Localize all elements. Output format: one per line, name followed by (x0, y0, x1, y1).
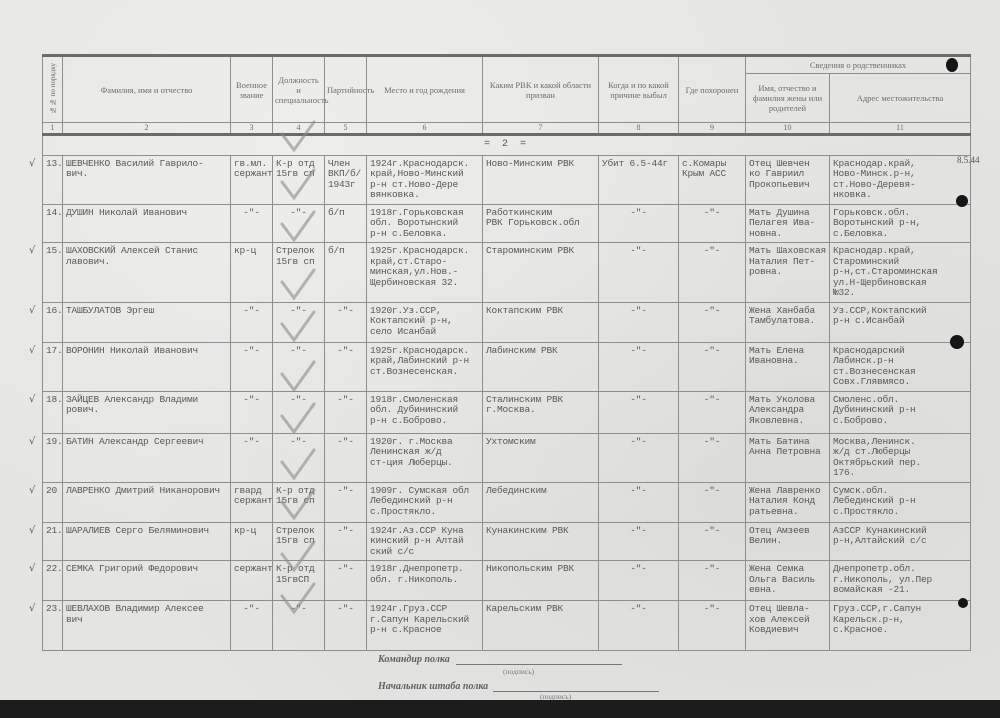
cell-birth: 1924г.Краснодарск. край,Ново-Минский р-н… (367, 155, 483, 204)
cell-birth: 1920г. г.Москва Ленинская ж/д ст-ция Люб… (367, 433, 483, 482)
cell-rank: гв.мл. сержант (231, 155, 273, 204)
cell-rvk: Сталинским РВК г.Москва. (483, 391, 599, 433)
row-number-text: 17. (46, 345, 63, 356)
cell-position: -"- (273, 302, 325, 342)
table-row: √20ЛАВРЕНКО Дмитрий Никаноровичгвард сер… (43, 482, 971, 522)
cell-buried: -"- (679, 342, 746, 391)
cell-party: -"- (325, 302, 367, 342)
commander-signature-line[interactable] (456, 664, 622, 665)
cell-name: ШЕВЧЕНКО Василий Гаврило- вич. (63, 155, 231, 204)
cell-address: Груз.ССР,г.Сапун Карельск.р-н, с.Красное… (830, 601, 971, 651)
cell-address: Смоленс.обл. Дубининский р-н с.Боброво. (830, 391, 971, 433)
cell-birth: 1918г.Смоленская обл. Дубининский р-н с.… (367, 391, 483, 433)
cell-rank: гвард сержант (231, 482, 273, 522)
cell-relative: Отец Шевчен ко Гавриил Прокопьевич (746, 155, 830, 204)
document-page: №№ по порядку Фамилия, имя и отчество Во… (0, 0, 1000, 700)
punch-hole (956, 195, 968, 207)
cell-when: -"- (599, 342, 679, 391)
cell-birth: 1924г.Груз.ССР г.Сапун Карельский р-н с.… (367, 601, 483, 651)
punch-hole (958, 598, 968, 608)
col-header-2: Фамилия, имя и отчество (63, 56, 231, 123)
cell-rank: -"- (231, 204, 273, 243)
cell-address: Днепропетр.обл. г.Никополь, ул.Пер вомай… (830, 561, 971, 601)
col-header-10: Имя, отчество и фамилия жены или родител… (746, 74, 830, 123)
col-header-1: №№ по порядку (43, 56, 63, 123)
cell-rvk: Лабинским РВК (483, 342, 599, 391)
cell-party: -"- (325, 522, 367, 561)
table-row: √16.ТАШБУЛАТОВ Эргеш-"--"--"-1920г.Уз.СС… (43, 302, 971, 342)
row-number: √15. (43, 243, 63, 303)
cell-buried: -"- (679, 522, 746, 561)
cell-rvk: Лебединским (483, 482, 599, 522)
cell-rvk: Карельским РВК (483, 601, 599, 651)
punch-hole (946, 58, 958, 72)
cell-rank: -"- (231, 433, 273, 482)
cell-position: Стрелок 15гв сп (273, 243, 325, 303)
cell-relative: Отец Амзеев Велин. (746, 522, 830, 561)
row-number: √13. (43, 155, 63, 204)
cell-position: Стрелок 15гв сп (273, 522, 325, 561)
cell-rank: кр-ц (231, 522, 273, 561)
cell-position: -"- (273, 204, 325, 243)
cell-relative: Мать Шаховская Наталия Пет- ровна. (746, 243, 830, 303)
cell-address: Горьковск.обл. Воротынский р-н, с.Беловк… (830, 204, 971, 243)
row-number: √22. (43, 561, 63, 601)
row-number-text: 18. (46, 394, 63, 405)
col-header-6: Место и год рождения (367, 56, 483, 123)
cell-birth: 1909г. Сумская обл Лебединский р-н с.Про… (367, 482, 483, 522)
cell-party: -"- (325, 433, 367, 482)
cell-address: Краснодарский Лабинск.р-н ст.Вознесенска… (830, 342, 971, 391)
checkmark-icon: √ (29, 437, 35, 448)
cell-when: Убит 6.5-44г (599, 155, 679, 204)
cell-party: б/п (325, 243, 367, 303)
col-header-11: Адрес местожительства (830, 74, 971, 123)
cell-relative: Мать Елена Ивановна. (746, 342, 830, 391)
col-num-2: 2 (63, 123, 231, 135)
cell-rank: -"- (231, 302, 273, 342)
cell-rank: -"- (231, 342, 273, 391)
table-row: √15.ШАХОВСКИЙ Алексей Станис лавович.кр-… (43, 243, 971, 303)
col-num-5: 5 (325, 123, 367, 135)
cell-birth: 1918г.Днепропетр. обл. г.Никополь. (367, 561, 483, 601)
checkmark-icon: √ (29, 526, 35, 537)
cell-buried: -"- (679, 391, 746, 433)
row-number-text: 23. (46, 603, 63, 614)
cell-relative: Жена Лавренко Наталия Конд ратьевна. (746, 482, 830, 522)
col-header-7: Каким РВК и какой области призван (483, 56, 599, 123)
row-number: √16. (43, 302, 63, 342)
row-number: √23. (43, 601, 63, 651)
row-number-text: 22. (46, 563, 63, 574)
cell-name: ТАШБУЛАТОВ Эргеш (63, 302, 231, 342)
row-number-text: 20 (46, 485, 57, 496)
cell-birth: 1918г.Горьковская обл. Воротынский р-н с… (367, 204, 483, 243)
cell-party: -"- (325, 561, 367, 601)
cell-party: Член ВКП/б/ 1943г (325, 155, 367, 204)
table-row: √23.ШЕВЛАХОВ Владимир Алексее вич-"--"--… (43, 601, 971, 651)
checkmark-icon: √ (29, 246, 35, 257)
page-number-marker: = 2 = (43, 135, 971, 156)
row-number: √17. (43, 342, 63, 391)
row-number-text: 19. (46, 436, 63, 447)
col-header-8: Когда и по какой причине выбыл (599, 56, 679, 123)
cell-birth: 1925г.Краснодарск. край,Лабинский р-н ст… (367, 342, 483, 391)
row-number: √19. (43, 433, 63, 482)
cell-address: Сумск.обл. Лебединский р-н с.Простякло. (830, 482, 971, 522)
cell-party: б/п (325, 204, 367, 243)
cell-rvk: Никопольским РВК (483, 561, 599, 601)
cell-when: -"- (599, 482, 679, 522)
cell-relative: Отец Шевла- хов Алексей Ковдиевич (746, 601, 830, 651)
cell-name: ЛАВРЕНКО Дмитрий Никанорович (63, 482, 231, 522)
row-number: 14. (43, 204, 63, 243)
row-number-text: 14. (46, 207, 63, 218)
table-row: √18.ЗАЙЦЕВ Александр Владими рович.-"--"… (43, 391, 971, 433)
col-num-6: 6 (367, 123, 483, 135)
cell-when: -"- (599, 243, 679, 303)
cell-buried: с.Комары Крым АСС (679, 155, 746, 204)
cell-address: Краснодар.край, Ново-Минск.р-н, ст.Ново-… (830, 155, 971, 204)
cell-buried: -"- (679, 561, 746, 601)
col-header-4: Должность и специальность (273, 56, 325, 123)
commander-signature-hint: (подпись) (503, 667, 534, 676)
cell-buried: -"- (679, 482, 746, 522)
cell-address: Уз.ССР,Коктапский р-н с.Исанбай (830, 302, 971, 342)
cell-name: СЕМКА Григорий Федорович (63, 561, 231, 601)
table-row: 14.ДУШИН Николай Иванович-"--"-б/п1918г.… (43, 204, 971, 243)
cell-name: БАТИН Александр Сергеевич (63, 433, 231, 482)
cell-rvk: Староминским РВК (483, 243, 599, 303)
cell-address: АзССР Кунакинский р-н,Алтайский с/с (830, 522, 971, 561)
cell-party: -"- (325, 482, 367, 522)
checkmark-icon: √ (29, 306, 35, 317)
cell-party: -"- (325, 342, 367, 391)
row-number: √21. (43, 522, 63, 561)
col-num-11: 11 (830, 123, 971, 135)
cell-name: ШЕВЛАХОВ Владимир Алексее вич (63, 601, 231, 651)
chief-of-staff-label: Начальник штаба полка (378, 681, 488, 692)
cell-position: -"- (273, 433, 325, 482)
cell-buried: -"- (679, 433, 746, 482)
cell-birth: 1924г.Аз.ССР Куна кинский р-н Алтай ский… (367, 522, 483, 561)
cell-position: К-р отд 15гвСП (273, 561, 325, 601)
row-number: √18. (43, 391, 63, 433)
cell-position: -"- (273, 391, 325, 433)
col-num-9: 9 (679, 123, 746, 135)
scan-background (0, 700, 1000, 718)
cell-when: -"- (599, 433, 679, 482)
cell-relative: Жена Ханбаба Тамбулатова. (746, 302, 830, 342)
checkmark-icon: √ (29, 564, 35, 575)
cell-when: -"- (599, 391, 679, 433)
cell-position: К-р отд 15гв сп (273, 155, 325, 204)
cell-birth: 1925г.Краснодарск. край,ст.Старо- минска… (367, 243, 483, 303)
cell-relative: Жена Семка Ольга Василь евна. (746, 561, 830, 601)
col-num-8: 8 (599, 123, 679, 135)
cell-buried: -"- (679, 204, 746, 243)
cell-name: ШАХОВСКИЙ Алексей Станис лавович. (63, 243, 231, 303)
cell-when: -"- (599, 302, 679, 342)
row-number-text: 13. (46, 158, 63, 169)
cell-birth: 1920г.Уз.ССР, Коктапский р-н, село Исанб… (367, 302, 483, 342)
cell-buried: -"- (679, 243, 746, 303)
col-num-1: 1 (43, 123, 63, 135)
col-header-9: Где похоронен (679, 56, 746, 123)
casualty-list-table-wrap: №№ по порядку Фамилия, имя и отчество Во… (42, 54, 970, 651)
checkmark-icon: √ (29, 346, 35, 357)
cell-buried: -"- (679, 302, 746, 342)
cell-address: Краснодар.край, Староминский р-н,ст.Стар… (830, 243, 971, 303)
col-num-10: 10 (746, 123, 830, 135)
col-header-3: Военное звание (231, 56, 273, 123)
cell-rank: сержант (231, 561, 273, 601)
cell-rvk: Работкинским РВК Горьковск.обл (483, 204, 599, 243)
cell-buried: -"- (679, 601, 746, 651)
chief-of-staff-signature-line[interactable] (493, 691, 659, 692)
row-number-text: 21. (46, 525, 63, 536)
row-number-text: 15. (46, 245, 63, 256)
casualty-list-table: №№ по порядку Фамилия, имя и отчество Во… (42, 54, 971, 651)
table-row: √21.ШАРАЛИЕВ Серго Беляминовичкр-цСтрело… (43, 522, 971, 561)
cell-when: -"- (599, 204, 679, 243)
cell-name: ВОРОНИН Николай Иванович (63, 342, 231, 391)
cell-address: Москва,Ленинск. ж/д ст.Люберцы Октябрьск… (830, 433, 971, 482)
cell-when: -"- (599, 522, 679, 561)
cell-rvk: Коктапским РВК (483, 302, 599, 342)
cell-relative: Мать Душина Пелагея Ива- новна. (746, 204, 830, 243)
cell-position: К-р отд 15гв сп (273, 482, 325, 522)
cell-rvk: Ухтомским (483, 433, 599, 482)
cell-party: -"- (325, 601, 367, 651)
col-num-4: 4 (273, 123, 325, 135)
relatives-group-header: Сведения о родственниках (746, 56, 971, 74)
cell-position: -"- (273, 601, 325, 651)
table-row: √19.БАТИН Александр Сергеевич-"--"--"-19… (43, 433, 971, 482)
cell-rvk: Ново-Минским РВК (483, 155, 599, 204)
col-num-3: 3 (231, 123, 273, 135)
cell-relative: Мать Уколова Александра Яковлевна. (746, 391, 830, 433)
checkmark-icon: √ (29, 159, 35, 170)
cell-rank: -"- (231, 391, 273, 433)
cell-party: -"- (325, 391, 367, 433)
cell-position: -"- (273, 342, 325, 391)
cell-name: ЗАЙЦЕВ Александр Владими рович. (63, 391, 231, 433)
punch-hole (950, 335, 964, 349)
cell-rvk: Кунакинским РВК (483, 522, 599, 561)
margin-note: 8.5.44 (957, 155, 980, 165)
cell-name: ДУШИН Николай Иванович (63, 204, 231, 243)
cell-relative: Мать Батина Анна Петровна (746, 433, 830, 482)
cell-rank: -"- (231, 601, 273, 651)
table-row: √22.СЕМКА Григорий ФедоровичсержантК-р о… (43, 561, 971, 601)
row-number: √20 (43, 482, 63, 522)
cell-rank: кр-ц (231, 243, 273, 303)
checkmark-icon: √ (29, 395, 35, 406)
commander-label: Командир полка (378, 654, 450, 665)
row-number-text: 16. (46, 305, 63, 316)
cell-name: ШАРАЛИЕВ Серго Беляминович (63, 522, 231, 561)
cell-when: -"- (599, 561, 679, 601)
table-row: √13.ШЕВЧЕНКО Василий Гаврило- вич.гв.мл.… (43, 155, 971, 204)
checkmark-icon: √ (29, 604, 35, 615)
checkmark-icon: √ (29, 486, 35, 497)
cell-when: -"- (599, 601, 679, 651)
col-num-7: 7 (483, 123, 599, 135)
col-header-5: Партийность (325, 56, 367, 123)
table-row: √17.ВОРОНИН Николай Иванович-"--"--"-192… (43, 342, 971, 391)
